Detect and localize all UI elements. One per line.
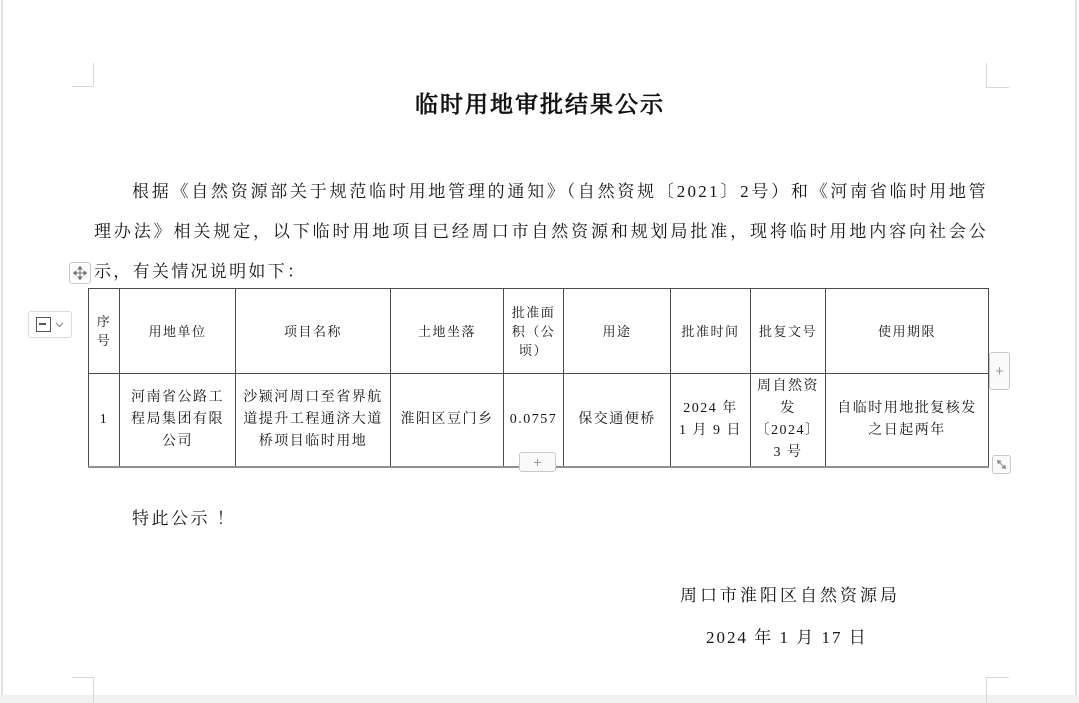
cell-project-name: 沙颍河周口至省界航 道提升工程通济大道 桥项目临时用地: [236, 374, 391, 468]
cell-location: 淮阳区豆门乡: [391, 374, 504, 468]
chevron-down-icon: [55, 322, 64, 328]
text-boundary-mark-top-left: [72, 63, 94, 87]
plus-icon: +: [533, 455, 541, 469]
cell-index: 1: [89, 374, 120, 468]
element-options-button[interactable]: [28, 311, 72, 338]
text-boundary-mark-top-right: [986, 63, 1009, 88]
text-boundary-mark-bottom-right: [986, 677, 1009, 703]
page-bottom-gap: [0, 695, 1079, 703]
approval-table: 序号 用地单位 项目名称 土地坐落 批准面积（公顷） 用途 批准时间 批复文号 …: [88, 288, 989, 468]
intro-paragraph: 根据《自然资源部关于规范临时用地管理的通知》（自然资规〔2021〕2号）和《河南…: [94, 172, 988, 292]
page-title: 临时用地审批结果公示: [94, 86, 986, 119]
header-cell-doc-number: 批复文号: [751, 289, 826, 374]
table-resize-handle[interactable]: [992, 455, 1011, 474]
cell-approval-date: 2024 年 1 月 9 日: [671, 374, 751, 468]
resize-diagonal-icon: [995, 458, 1008, 471]
cell-land-user: 河南省公路工 程局集团有限 公司: [120, 374, 236, 468]
move-cross-icon: [73, 266, 87, 280]
issue-date: 2024 年 1 月 17 日: [706, 623, 868, 648]
issuing-authority: 周口市淮阳区自然资源局: [680, 581, 900, 606]
add-column-button[interactable]: +: [989, 352, 1010, 390]
closing-statement: 特此公示 ！: [132, 504, 236, 529]
text-boundary-mark-bottom-left: [72, 677, 94, 703]
header-cell-location: 土地坐落: [391, 289, 504, 374]
page-left-edge: [1, 0, 3, 703]
table-header-row: 序号 用地单位 项目名称 土地坐落 批准面积（公顷） 用途 批准时间 批复文号 …: [89, 289, 989, 374]
header-cell-use-period: 使用期限: [826, 289, 989, 374]
header-cell-index: 序号: [89, 289, 120, 374]
cell-use-period: 自临时用地批复核发 之日起两年: [826, 374, 989, 468]
document-page: 临时用地审批结果公示 根据《自然资源部关于规范临时用地管理的通知》（自然资规〔2…: [0, 0, 1079, 703]
page-right-edge: [1075, 0, 1077, 703]
header-cell-approval-date: 批准时间: [671, 289, 751, 374]
table-element-icon: [36, 317, 51, 332]
add-row-button[interactable]: +: [519, 452, 556, 472]
header-cell-project-name: 项目名称: [236, 289, 391, 374]
header-cell-purpose: 用途: [564, 289, 671, 374]
plus-icon: +: [995, 364, 1004, 379]
cell-purpose: 保交通便桥: [564, 374, 671, 468]
header-cell-approved-area: 批准面积（公顷）: [504, 289, 564, 374]
table-move-handle[interactable]: [69, 262, 91, 284]
cell-doc-number: 周自然资 发〔2024〕 3 号: [751, 374, 826, 468]
header-cell-land-user: 用地单位: [120, 289, 236, 374]
